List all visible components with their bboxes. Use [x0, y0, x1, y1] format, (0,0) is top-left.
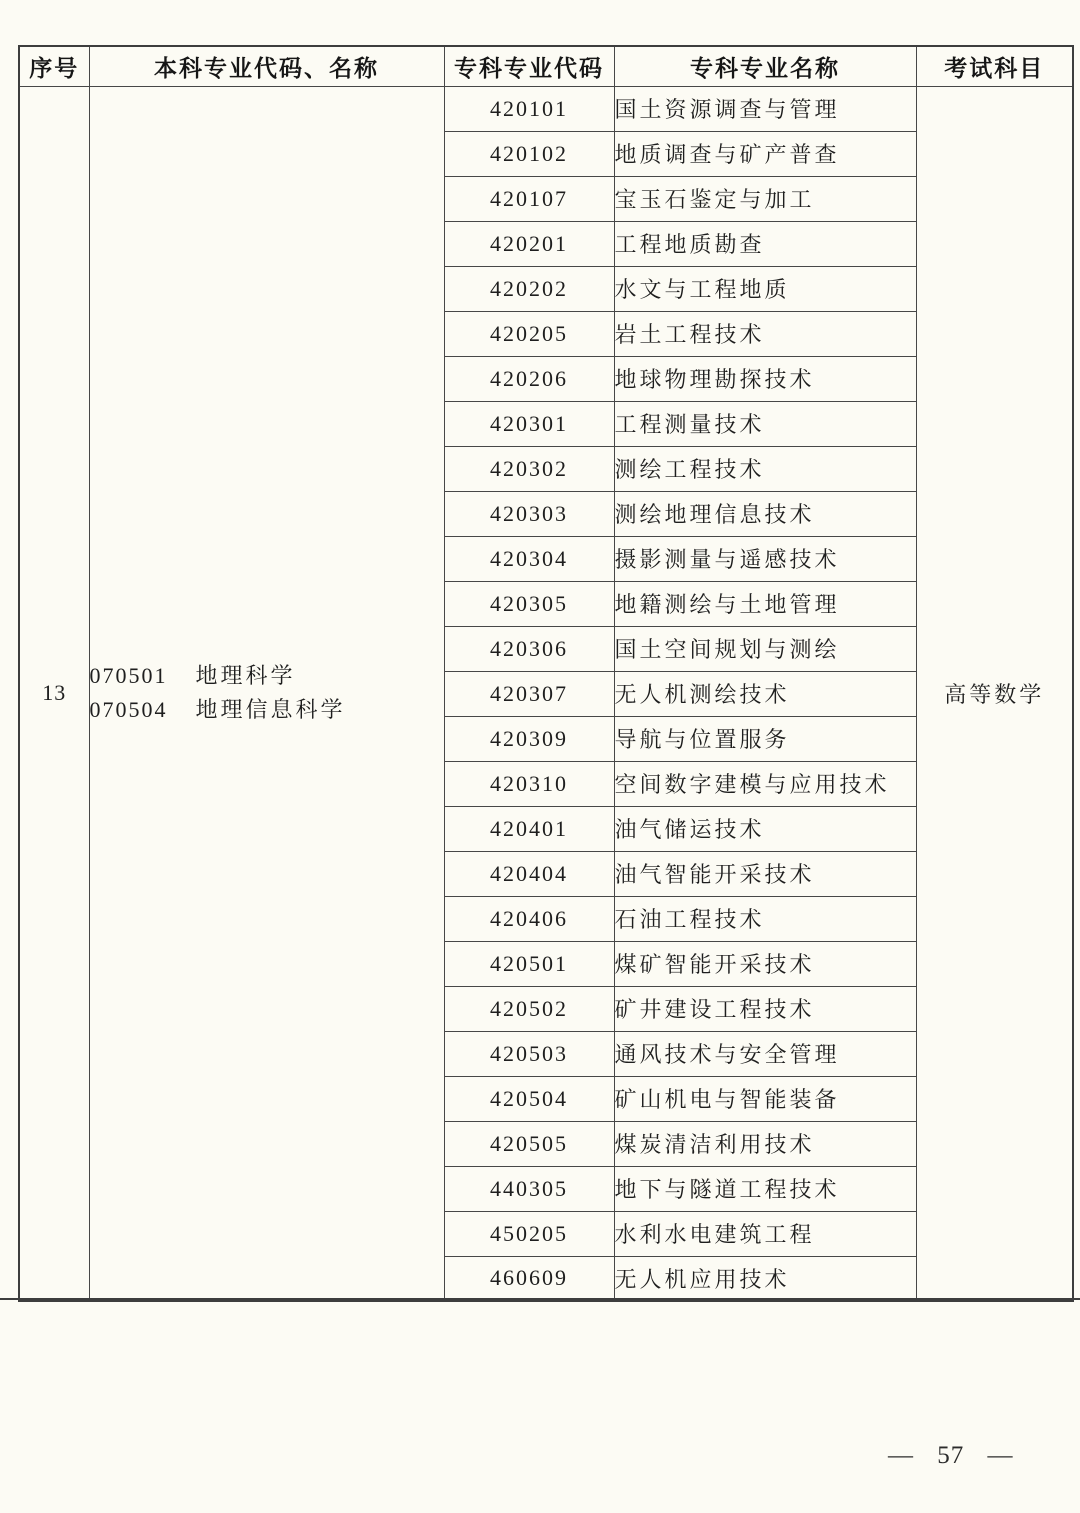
col-header-exam-subject: 考试科目 [916, 46, 1073, 86]
junior-name-cell: 地球物理勘探技术 [614, 356, 916, 401]
junior-name-cell: 油气智能开采技术 [614, 851, 916, 896]
junior-code-cell: 420202 [444, 266, 614, 311]
undergrad-majors-cell: 070501地理科学070504地理信息科学 [89, 86, 444, 1301]
junior-code-cell: 420102 [444, 131, 614, 176]
junior-code-cell: 420502 [444, 986, 614, 1031]
junior-code-cell: 420310 [444, 761, 614, 806]
junior-name-cell: 地下与隧道工程技术 [614, 1166, 916, 1211]
junior-code-cell: 420206 [444, 356, 614, 401]
junior-name-cell: 国土空间规划与测绘 [614, 626, 916, 671]
page-number: — 57 — [888, 1442, 1014, 1470]
junior-name-cell: 无人机应用技术 [614, 1256, 916, 1301]
page-break-rule [0, 1298, 1080, 1300]
junior-name-cell: 摄影测量与遥感技术 [614, 536, 916, 581]
junior-name-cell: 矿井建设工程技术 [614, 986, 916, 1031]
junior-name-cell: 工程地质勘查 [614, 221, 916, 266]
junior-name-cell: 通风技术与安全管理 [614, 1031, 916, 1076]
undergrad-major-name: 地理科学 [196, 659, 296, 693]
junior-name-cell: 煤炭清洁利用技术 [614, 1121, 916, 1166]
junior-code-cell: 420303 [444, 491, 614, 536]
junior-name-cell: 无人机测绘技术 [614, 671, 916, 716]
junior-code-cell: 420309 [444, 716, 614, 761]
junior-code-cell: 420404 [444, 851, 614, 896]
junior-code-cell: 420501 [444, 941, 614, 986]
junior-code-cell: 450205 [444, 1211, 614, 1256]
junior-name-cell: 水利水电建筑工程 [614, 1211, 916, 1256]
table-row: 13 070501地理科学070504地理信息科学 420101 国土资源调查与… [19, 86, 1073, 131]
junior-name-cell: 导航与位置服务 [614, 716, 916, 761]
junior-code-cell: 420302 [444, 446, 614, 491]
junior-name-cell: 岩土工程技术 [614, 311, 916, 356]
junior-code-cell: 420305 [444, 581, 614, 626]
junior-name-cell: 矿山机电与智能装备 [614, 1076, 916, 1121]
junior-name-cell: 国土资源调查与管理 [614, 86, 916, 131]
header-row: 序号 本科专业代码、名称 专科专业代码 专科专业名称 考试科目 [19, 46, 1073, 86]
junior-name-cell: 石油工程技术 [614, 896, 916, 941]
junior-name-cell: 油气储运技术 [614, 806, 916, 851]
undergrad-major-code: 070501 [90, 659, 168, 693]
majors-table: 序号 本科专业代码、名称 专科专业代码 专科专业名称 考试科目 13 07050… [18, 45, 1074, 1302]
junior-code-cell: 420503 [444, 1031, 614, 1076]
junior-name-cell: 空间数字建模与应用技术 [614, 761, 916, 806]
junior-name-cell: 煤矿智能开采技术 [614, 941, 916, 986]
junior-code-cell: 440305 [444, 1166, 614, 1211]
junior-code-cell: 420504 [444, 1076, 614, 1121]
junior-name-cell: 工程测量技术 [614, 401, 916, 446]
junior-code-cell: 420401 [444, 806, 614, 851]
junior-code-cell: 420201 [444, 221, 614, 266]
col-header-junior-name: 专科专业名称 [614, 46, 916, 86]
junior-name-cell: 测绘工程技术 [614, 446, 916, 491]
table-body: 13 070501地理科学070504地理信息科学 420101 国土资源调查与… [19, 86, 1073, 1301]
undergrad-major-name: 地理信息科学 [196, 693, 346, 727]
junior-code-cell: 420306 [444, 626, 614, 671]
junior-code-cell: 420304 [444, 536, 614, 581]
exam-subject-cell: 高等数学 [916, 86, 1073, 1301]
junior-code-cell: 420107 [444, 176, 614, 221]
col-header-undergrad-code-name: 本科专业代码、名称 [89, 46, 444, 86]
undergrad-major-line: 070504地理信息科学 [90, 693, 444, 727]
col-header-serial: 序号 [19, 46, 89, 86]
junior-code-cell: 460609 [444, 1256, 614, 1301]
col-header-junior-code: 专科专业代码 [444, 46, 614, 86]
junior-name-cell: 宝玉石鉴定与加工 [614, 176, 916, 221]
junior-code-cell: 420301 [444, 401, 614, 446]
junior-code-cell: 420505 [444, 1121, 614, 1166]
junior-name-cell: 测绘地理信息技术 [614, 491, 916, 536]
junior-code-cell: 420307 [444, 671, 614, 716]
undergrad-major-line: 070501地理科学 [90, 659, 444, 693]
junior-code-cell: 420101 [444, 86, 614, 131]
junior-name-cell: 地籍测绘与土地管理 [614, 581, 916, 626]
serial-cell: 13 [19, 86, 89, 1301]
junior-name-cell: 水文与工程地质 [614, 266, 916, 311]
document-page: 序号 本科专业代码、名称 专科专业代码 专科专业名称 考试科目 13 07050… [0, 0, 1080, 1513]
junior-code-cell: 420205 [444, 311, 614, 356]
undergrad-majors-list: 070501地理科学070504地理信息科学 [90, 659, 444, 727]
junior-code-cell: 420406 [444, 896, 614, 941]
undergrad-major-code: 070504 [90, 693, 168, 727]
junior-name-cell: 地质调查与矿产普查 [614, 131, 916, 176]
